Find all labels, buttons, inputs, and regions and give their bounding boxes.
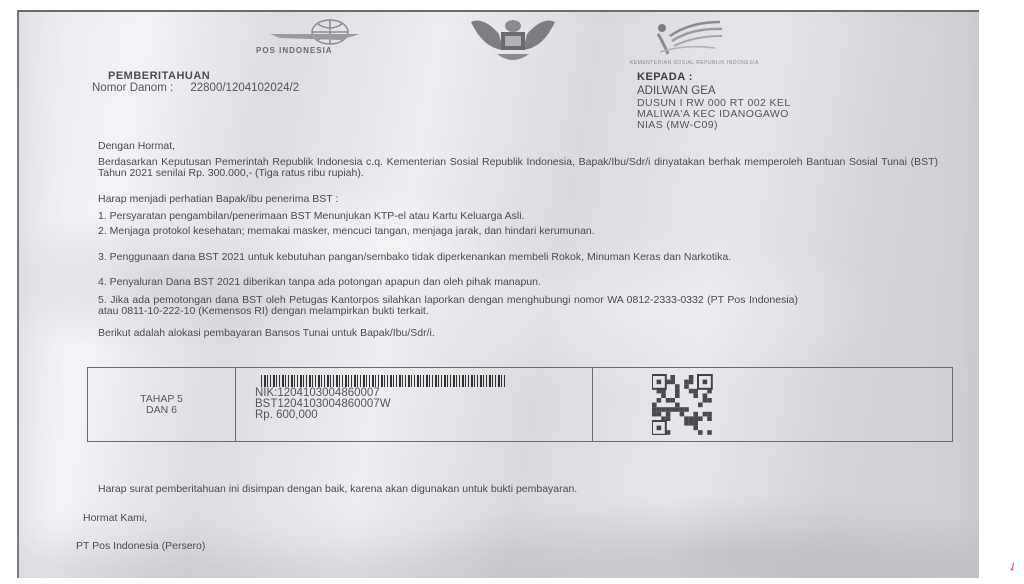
notice-item-1: 1. Persyaratan pengambilan/penerimaan BS… (98, 211, 524, 222)
notice-item-3: 3. Penggunaan dana BST 2021 untuk kebutu… (98, 252, 938, 263)
qr-code-icon (652, 373, 802, 435)
greeting: Dengan Hormat, (98, 141, 175, 152)
recipient-address: DUSUN I RW 000 RT 002 KEL MALIWA'A KEC I… (637, 98, 937, 131)
closing-note: Harap surat pemberitahuan ini disimpan d… (98, 484, 938, 495)
notice-lead: Harap menjadi perhatian Bapak/ibu peneri… (98, 194, 338, 205)
recipient-heading: KEPADA : (637, 72, 693, 83)
kemensos-logo-label: KEMENTERIAN SOSIAL REPUBLIK INDONESIA (630, 60, 759, 66)
garuda-emblem-icon (463, 14, 563, 66)
recipient-id-lines: NIK:1204103004860007 BST1204103004860007… (255, 388, 391, 421)
barcode-icon (261, 375, 506, 387)
letter-title: PEMBERITAHUAN (108, 71, 210, 82)
notice-item-5: 5. Jika ada pemotongan dana BST oleh Pet… (98, 295, 798, 317)
reference-number-value: 22800/1204102024/2 (190, 82, 299, 94)
pos-indonesia-logo-label: POS INDONESIA (256, 46, 333, 55)
amount-value: Rp. 600,000 (255, 410, 391, 421)
pen-mark-icon: ✓ (1005, 558, 1021, 575)
regards: Hormat Kami, (83, 513, 147, 524)
phase-label: TAHAP 5 DAN 6 (88, 394, 235, 416)
notice-item-4: 4. Penyaluran Dana BST 2021 diberikan ta… (98, 277, 541, 288)
recipient-id-cell: NIK:1204103004860007 BST1204103004860007… (236, 368, 593, 441)
phase-cell: TAHAP 5 DAN 6 (88, 368, 236, 441)
notice-item-2: 2. Menjaga protokol kesehatan; memakai m… (98, 226, 938, 237)
recipient-name: ADILWAN GEA (637, 86, 716, 97)
reference-number: Nomor Danom : 22800/1204102024/2 (92, 83, 299, 94)
reference-number-label: Nomor Danom : (92, 82, 173, 94)
kemensos-logo-icon (640, 14, 730, 62)
recipient-address-line: NIAS (MW-C09) (637, 120, 937, 131)
signatory: PT Pos Indonesia (Persero) (76, 541, 205, 552)
intro-paragraph: Berdasarkan Keputusan Pemerintah Republi… (98, 157, 938, 179)
allocation-lead: Berikut adalah alokasi pembayaran Bansos… (98, 328, 435, 339)
allocation-table: TAHAP 5 DAN 6 NIK:1204103004860007 BST12… (87, 367, 953, 442)
phase-line: DAN 6 (88, 405, 235, 416)
